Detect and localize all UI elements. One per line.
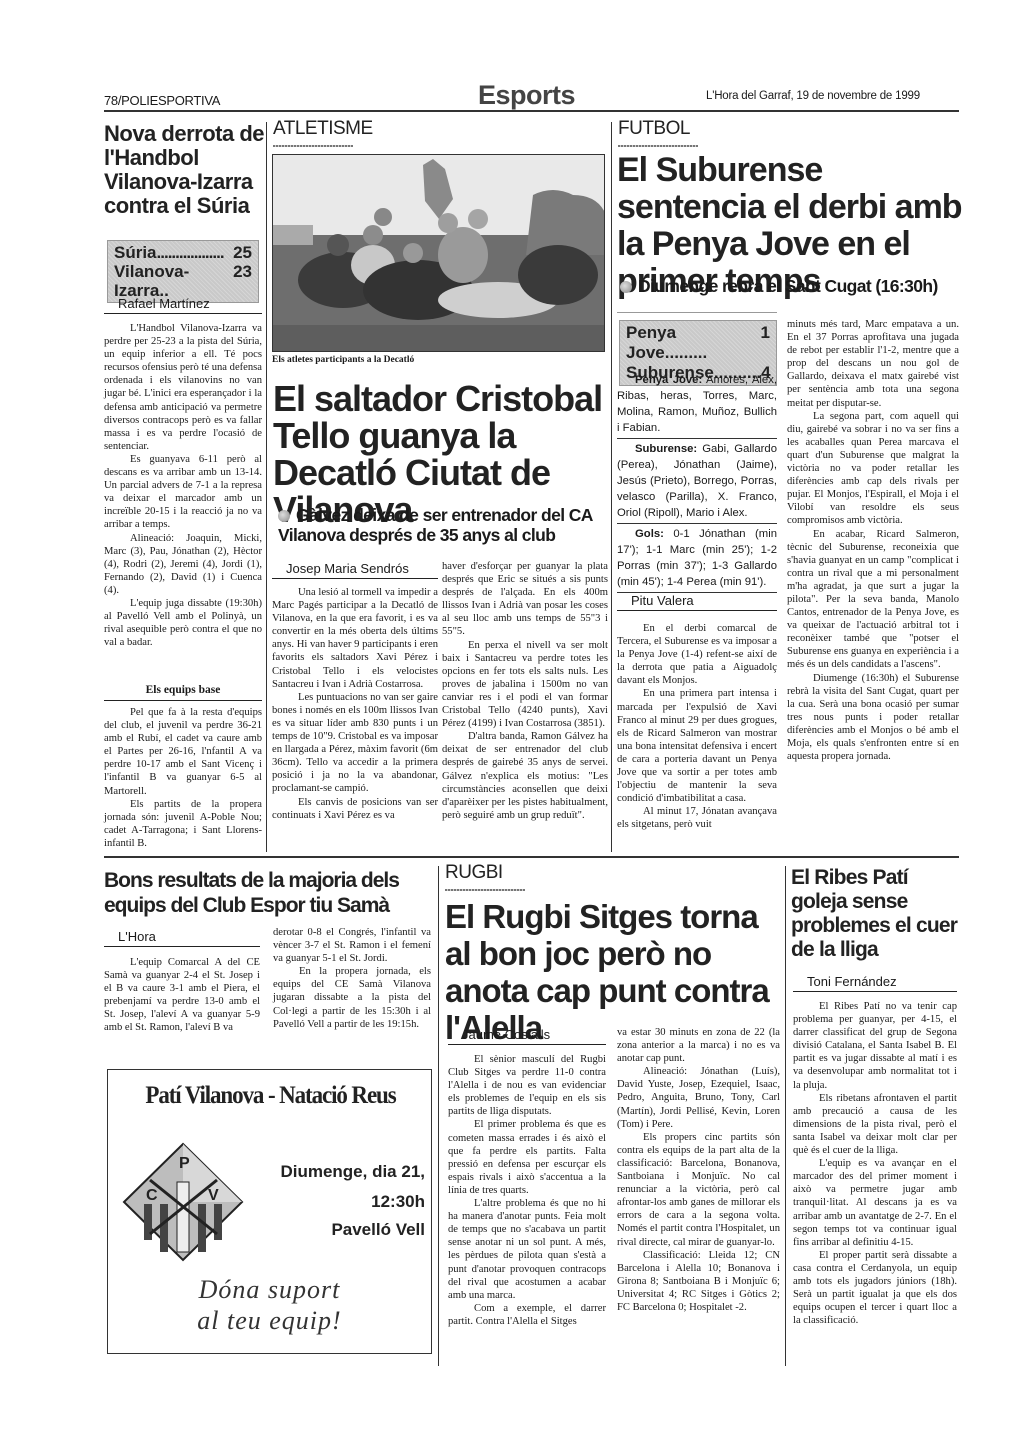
sama-headline: Bons resultats de la majoria dels equips… — [104, 868, 434, 918]
atletisme-section-rule — [273, 145, 353, 147]
publication-date: L'Hora del Garraf, 19 de novembre de 199… — [706, 90, 920, 102]
section-divider — [104, 856, 959, 858]
sama-byline: L'Hora — [104, 929, 260, 947]
column-divider — [266, 122, 267, 852]
rugbi-section-rule — [445, 889, 525, 891]
rugbi-col2: va estar 30 minuts en zona de 22 (la zon… — [617, 1026, 780, 1314]
lineup-penya-jove: Penya Jove: Amores, Alex, Ribas, heras, … — [617, 372, 777, 439]
rugbi-col1: El sènior masculí del Rugbi Club Sitges … — [448, 1053, 606, 1328]
masthead-rule — [104, 110, 959, 112]
futbol-lineups: Penya Jove: Amores, Alex, Ribas, heras, … — [617, 372, 777, 595]
photo-caption: Els atletes participants a la Decatló — [272, 355, 414, 365]
club-logo-icon: P C V — [122, 1142, 244, 1262]
score-row: Penya Jove......... 1 — [626, 323, 770, 363]
handbol-scorebox: Súria.................. 25 Vilanova-Izar… — [107, 240, 259, 303]
ad-title: Patí Vilanova - Natació Reus — [125, 1082, 417, 1110]
rugbi-headline: El Rugbi Sitges torna al bon joc però no… — [445, 898, 785, 1046]
handbol-subhead: Els equips base — [104, 680, 262, 701]
ribes-headline: El Ribes Patí goleja sense problemes el … — [791, 866, 959, 962]
atletisme-byline: Josep Maria Sendrós — [272, 561, 438, 579]
score-row: Súria.................. 25 — [114, 243, 252, 262]
athletes-photo — [272, 154, 605, 352]
rugbi-byline: Jaume Cosialls — [448, 1027, 606, 1045]
ad-slogan-line2: al teu equip! — [108, 1306, 431, 1336]
goals: Gols: 0-1 Jónathan (min 17'); 1-1 Marc (… — [617, 526, 777, 593]
atletisme-section-label: ATLETISME — [273, 118, 373, 140]
ad-time: 12:30h — [371, 1192, 425, 1212]
column-divider — [611, 122, 612, 852]
ad-venue: Pavelló Vell — [331, 1220, 425, 1240]
page-section-label: 78/POLIESPORTIVA — [104, 93, 220, 108]
sama-col1: L'equip Comarcal A del CE Samà va guanya… — [104, 956, 260, 1035]
ribes-body: El Ribes Patí no va tenir cap problema p… — [793, 1000, 957, 1327]
athletes-photo-image — [273, 155, 605, 352]
handbol-headline: Nova derrota de l'Handbol Vilanova-Izarr… — [104, 122, 264, 218]
futbol-byline: Pitu Valera — [617, 593, 777, 611]
bullet-icon — [620, 281, 632, 293]
logo-letter-p: P — [179, 1155, 190, 1172]
column-divider — [438, 866, 439, 1366]
futbol-col2: minuts més tard, Marc empatava a un. En … — [787, 318, 959, 763]
futbol-subheadline: Diumenge rebrà el Sant Cugat (16:30h) — [620, 276, 965, 297]
atletisme-col2: haver d'esforçar per guanyar la plata de… — [442, 560, 608, 822]
handbol-body-2: Pel que fa à la resta d'equips del club,… — [104, 706, 262, 850]
futbol-section-rule — [618, 145, 698, 147]
logo-letter-c: C — [146, 1187, 158, 1204]
ribes-byline: Toni Fernández — [793, 974, 957, 992]
score-row: Vilanova-Izarra.. 23 — [114, 262, 252, 300]
bullet-icon — [278, 510, 290, 522]
futbol-rule — [617, 312, 777, 313]
handbol-body: L'Handbol Vilanova-Izarra va perdre per … — [104, 322, 262, 649]
section-title: Esports — [478, 80, 575, 111]
handbol-byline: Rafael Martínez — [104, 296, 262, 314]
lineup-suburense: Suburense: Gabi, Gallardo (Perea), Jónat… — [617, 441, 777, 524]
atletisme-subheadline: Gàlvez deixa de ser entrenador del CA Vi… — [278, 505, 608, 545]
futbol-section-label: FUTBOL — [618, 118, 690, 140]
ad-date: Diumenge, dia 21, — [280, 1162, 425, 1182]
ad-slogan-line1: Dóna suport — [108, 1275, 431, 1305]
column-divider — [785, 866, 786, 1366]
sama-col2: derotar 0-8 el Congrés, l'infantil va vè… — [273, 926, 431, 1031]
logo-letter-v: V — [208, 1187, 219, 1204]
rugbi-section-label: RUGBI — [445, 862, 503, 884]
match-advertisement: Patí Vilanova - Natació Reus P C V Diume… — [107, 1069, 432, 1354]
futbol-col1: En el derbi comarcal de Tercera, el Subu… — [617, 622, 777, 832]
atletisme-col1: Una lesió al tormell va impedir a Marc P… — [272, 586, 438, 822]
